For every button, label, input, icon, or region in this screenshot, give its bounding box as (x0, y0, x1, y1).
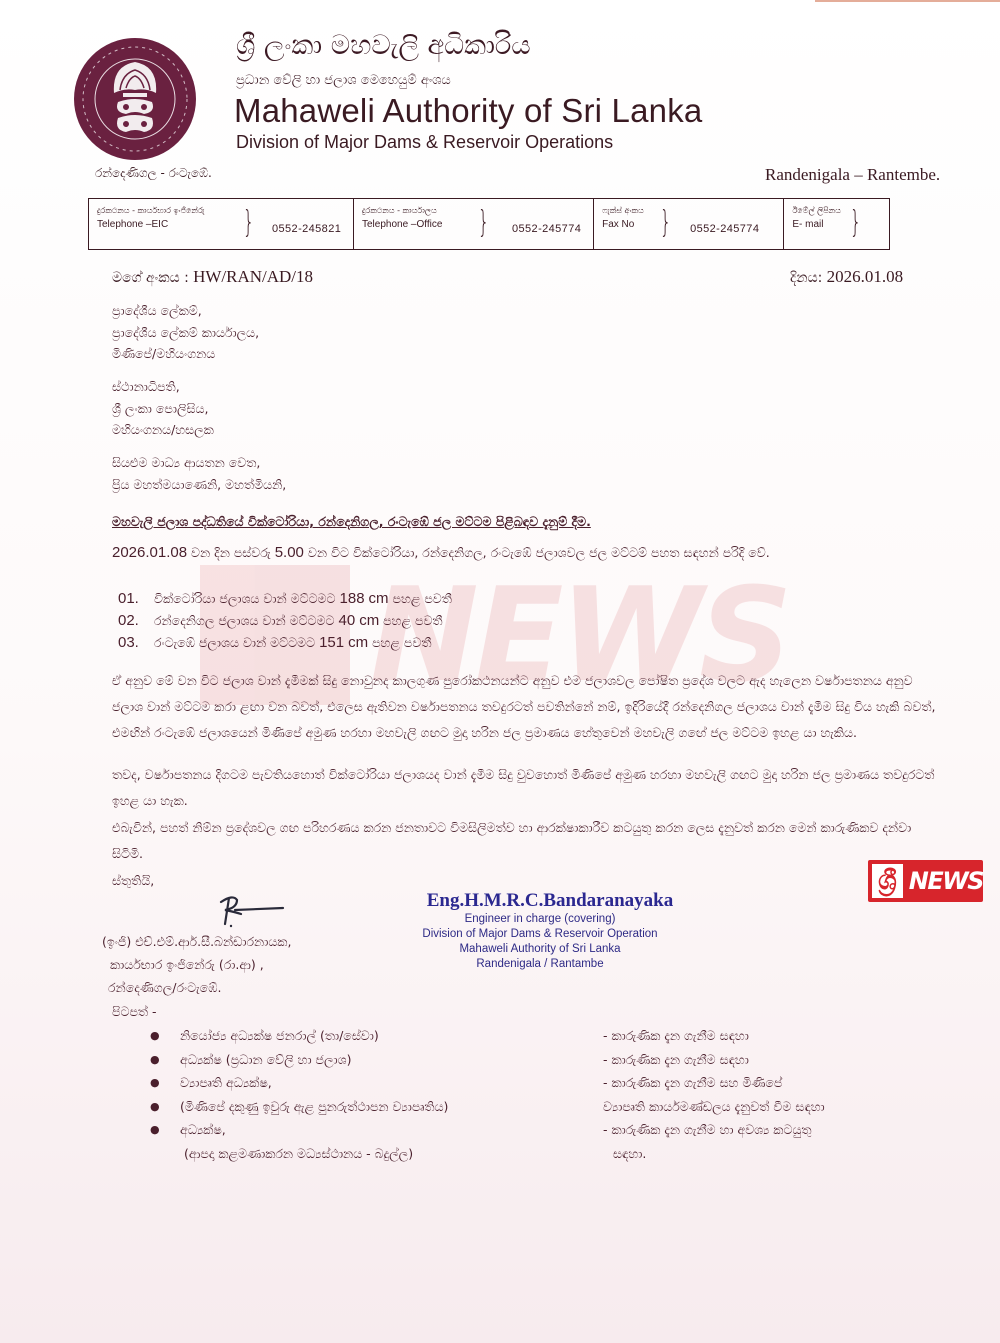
stamp-line: Division of Major Dams & Reservoir Opera… (400, 927, 680, 942)
body-paragraph-3: එබැවින්, පහත් නිම්න ප්‍රදේශවල ගඟ පරිහරණය… (112, 815, 942, 867)
bullet-icon: ● (150, 1095, 160, 1119)
level-unit: cm (359, 612, 379, 629)
intro-date: 2026.01.08 (112, 544, 187, 561)
cc-notes: - කාරුණික දැන ගැනීම සඳහා - කාරුණික දැන ග… (603, 1024, 825, 1165)
contact-telephone-office: දුරකථනය - කාර්යාලය Telephone –Office } 0… (354, 199, 594, 249)
reservoir-level-item: 02. රන්දෙනිගල ජලාශය වාන් මට්ටමට 40 cm පහ… (118, 610, 452, 632)
signatory-block: (ඉංජි) එච්.එම්.ආර්.සී.බන්ඩාරනායක, කාර්යභ… (102, 930, 291, 999)
bullet-icon: ● (150, 1071, 160, 1095)
intro-text-a: වන දින පස්වරු (187, 545, 275, 560)
brace-icon: } (478, 204, 489, 242)
signature-scribble-icon (215, 890, 295, 930)
addressee-line: ප්‍රිය මහත්මයාණෙනි, මහත්මියනි, (112, 474, 286, 496)
cc-label: පිටපත් - (112, 1004, 157, 1020)
item-number: 03. (118, 632, 150, 654)
contact-label-en: Fax No (602, 219, 634, 230)
contact-label-si: ෆැක්ස් අංකය (602, 206, 644, 216)
contact-value: 0552-245774 (512, 223, 581, 235)
date-value: 2026.01.08 (827, 267, 904, 286)
contact-label-si: දුරකථනය - කාර්යාලය (362, 206, 437, 216)
level-value: 40 (339, 612, 356, 629)
contact-label-en: Telephone –EIC (97, 219, 168, 230)
brace-icon: } (660, 204, 671, 242)
contact-value: 0552-245821 (272, 223, 341, 235)
org-title-sinhala: ශ්‍රී ලංකා මහවැලි අධිකාරිය (236, 30, 531, 62)
signature (215, 890, 295, 934)
letter-date: දිනය: 2026.01.08 (790, 267, 903, 287)
official-stamp: Eng.H.M.R.C.Bandaranayaka Engineer in ch… (400, 890, 680, 972)
item-number: 01. (118, 588, 150, 610)
cc-recipient-text: අධ්‍යක්ෂ (ප්‍රධාන වේලි හා ජලාශ) (180, 1052, 351, 1067)
cc-recipient-cont: (ආපදා කළමණාකරන මධ්‍යස්ථානය - බදුල්ල) (150, 1142, 448, 1166)
level-suffix: පහළ පවතී (393, 591, 452, 606)
stamp-line: Mahaweli Authority of Sri Lanka (400, 942, 680, 957)
cc-note: - කාරුණික දැන ගැනීම සහ මිණිපේ (603, 1071, 825, 1095)
stamp-name: Eng.H.M.R.C.Bandaranayaka (420, 890, 680, 912)
location-sinhala: රන්දෙණිගල - රංටැඹේ. (95, 166, 212, 181)
intro-time: 5.00 (275, 544, 304, 561)
addressee-block-1: ප්‍රාදේශීය ලේකම්, ප්‍රාදේශීය ලේකම් කාර්ය… (112, 300, 259, 365)
cc-recipient: ●ව්‍යාපෘති අධ්‍යක්ෂ, (150, 1071, 448, 1095)
cc-recipient: ●(මිණිපේ දකුණු ඉවුරු ඇළ පුනරුත්ථාපන ව්‍ය… (150, 1095, 448, 1119)
letter-subject: මහවැලි ජලාශ පද්ධතියේ වික්ටෝරියා, රන්දෙනි… (112, 514, 591, 530)
addressee-line: ස්ථානාධිපති, (112, 376, 214, 398)
cc-note: - කාරුණික දැන ගැනීම හා අවශ්‍ය කටයුතු (603, 1118, 825, 1142)
reference-value: HW/RAN/AD/18 (193, 267, 313, 286)
reservoir-name: රන්දෙනිගල ජලාශය වාන් මට්ටමට (154, 613, 335, 628)
top-edge-strip (815, 0, 1000, 2)
cc-recipient: ●අධ්‍යක්ෂ (ප්‍රධාන වේලි හා ජලාශ) (150, 1048, 448, 1072)
news-logo: ශ්‍රී NEWS (868, 860, 983, 902)
reference-label: මගේ අංකය : (112, 270, 189, 286)
cc-recipient: ●නියෝජ්‍ය අධ්‍යක්ෂ ජනරාල් (තා/සේවා) (150, 1024, 448, 1048)
brace-icon: } (243, 204, 254, 242)
addressee-line: ප්‍රාදේශීය ලේකම්, (112, 300, 259, 322)
contact-label-si: දුරකථනය - කාර්යභාර ඉංජිනේරු (97, 206, 205, 216)
division-title-english: Division of Major Dams & Reservoir Opera… (236, 132, 613, 153)
contact-email: ඊමේල් ලිපිනය E- mail } (784, 199, 889, 249)
logo-emblem-icon (74, 38, 196, 160)
level-suffix: පහළ පවතී (372, 635, 431, 650)
addressee-block-2: ස්ථානාධිපති, ශ්‍රී ලංකා පොලිසිය, මහියංගන… (112, 376, 214, 441)
body-paragraph-2: තවද, වර්ෂාපතනය දිගටම පැවතියහොත් වික්ටෝරි… (112, 762, 942, 814)
cc-recipient-text: නියෝජ්‍ය අධ්‍යක්ෂ ජනරාල් (තා/සේවා) (180, 1028, 379, 1043)
signatory-line: (ඉංජි) එච්.එම්.ආර්.සී.බන්ඩාරනායක, (102, 930, 291, 953)
news-logo-mark-icon: ශ්‍රී (872, 864, 903, 898)
intro-paragraph: 2026.01.08 වන දින පස්වරු 5.00 වන විට වික… (112, 540, 942, 566)
cc-recipient-text: (මිණිපේ දකුණු ඉවුරු ඇළ පුනරුත්ථාපන ව්‍යා… (180, 1099, 448, 1114)
level-unit: cm (369, 590, 389, 607)
bullet-icon: ● (150, 1118, 160, 1142)
contact-label-en: E- mail (792, 219, 823, 230)
level-suffix: පහළ පවතී (383, 613, 442, 628)
item-number: 02. (118, 610, 150, 632)
addressee-line: ශ්‍රී ලංකා පොලිසිය, (112, 398, 214, 420)
stamp-line: Engineer in charge (covering) (400, 912, 680, 927)
cc-note: - කාරුණික දැන ගැනීම සඳහා (603, 1048, 825, 1072)
contact-label-en: Telephone –Office (362, 219, 442, 230)
level-value: 188 (340, 590, 365, 607)
news-logo-text: NEWS (909, 867, 983, 895)
addressee-block-3: සියළුම මාධ්‍ය ආයතන වෙත, ප්‍රිය මහත්මයාණෙ… (112, 452, 286, 495)
contact-fax: ෆැක්ස් අංකය Fax No } 0552-245774 (594, 199, 784, 249)
level-unit: cm (348, 634, 368, 651)
date-label: දිනය: (790, 270, 822, 286)
cc-recipient-text: ව්‍යාපෘති අධ්‍යක්ෂ, (180, 1075, 272, 1090)
contact-value: 0552-245774 (690, 223, 759, 235)
cc-recipient-text: අධ්‍යක්ෂ, (180, 1122, 226, 1137)
reservoir-name: රංටැඹේ ජලාශය වාන් මට්ටමට (154, 635, 315, 650)
addressee-line: මහියංගනය/හසලක (112, 419, 214, 441)
contact-box: දුරකථනය - කාර්යභාර ඉංජිනේරු Telephone –E… (88, 198, 890, 250)
intro-text-b: වන විට වික්ටෝරියා, රන්දෙනිගල, රංටැඹේ ජලා… (304, 545, 770, 560)
level-value: 151 (319, 634, 344, 651)
bullet-icon: ● (150, 1024, 160, 1048)
contact-telephone-eic: දුරකථනය - කාර්යභාර ඉංජිනේරු Telephone –E… (89, 199, 354, 249)
reference-number: මගේ අංකය : HW/RAN/AD/18 (112, 267, 313, 287)
cc-recipient: ●අධ්‍යක්ෂ, (150, 1118, 448, 1142)
contact-label-si: ඊමේල් ලිපිනය (792, 206, 841, 216)
cc-note: සඳහා. (603, 1142, 825, 1166)
location-english: Randenigala – Rantembe. (765, 165, 940, 185)
closing-thanks: ස්තුතියි, (112, 873, 154, 889)
addressee-line: ප්‍රාදේශීය ලේකම් කාර්යාලය, (112, 322, 259, 344)
org-title-english: Mahaweli Authority of Sri Lanka (234, 92, 702, 130)
signatory-line: කාර්යභාර ඉංජිනේරු (රා.ආ) , (102, 953, 291, 976)
reservoir-level-item: 01. වික්ටෝරියා ජලාශය වාන් මට්ටමට 188 cm … (118, 588, 452, 610)
cc-note: ව්‍යාපෘති කාර්යමණ්ඩලය දැනුවත් වීම සඳහා (603, 1095, 825, 1119)
cc-recipient-list: ●නියෝජ්‍ය අධ්‍යක්ෂ ජනරාල් (තා/සේවා) ●අධ්… (150, 1024, 448, 1165)
bullet-icon: ● (150, 1048, 160, 1072)
brace-icon: } (850, 204, 861, 242)
body-paragraph-1: ඒ අනුව මේ වන විට ජලාශ වාන් දැමීමක් සිදු … (112, 668, 942, 746)
reservoir-levels-list: 01. වික්ටෝරියා ජලාශය වාන් මට්ටමට 188 cm … (118, 588, 452, 654)
mahaweli-logo (74, 38, 196, 160)
reservoir-name: වික්ටෝරියා ජලාශය වාන් මට්ටමට (154, 591, 336, 606)
addressee-line: මිණිපේ/මහියංගනය (112, 343, 259, 365)
reservoir-level-item: 03. රංටැඹේ ජලාශය වාන් මට්ටමට 151 cm පහළ … (118, 632, 452, 654)
addressee-line: සියළුම මාධ්‍ය ආයතන වෙත, (112, 452, 286, 474)
division-title-sinhala: ප්‍රධාන වේලි හා ජලාශ මෙහෙයුම් අංශය (236, 73, 451, 88)
signatory-line: රන්දෙණිගල/රංටැඹේ. (102, 976, 291, 999)
stamp-line: Randenigala / Rantambe (400, 957, 680, 972)
cc-note: - කාරුණික දැන ගැනීම සඳහා (603, 1024, 825, 1048)
